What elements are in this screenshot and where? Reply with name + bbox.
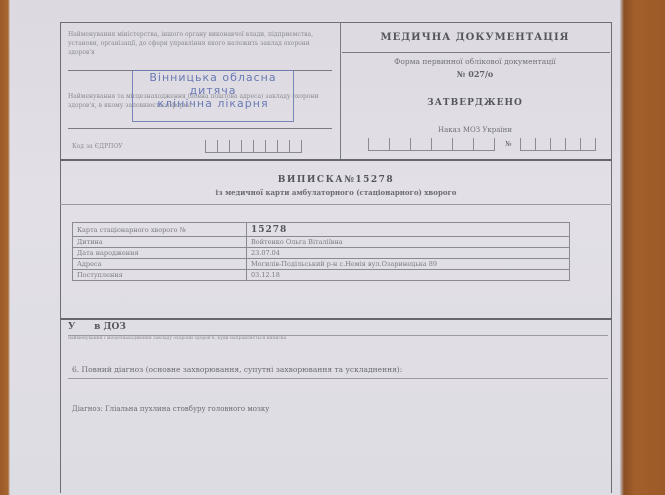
row-label: Адреса (73, 259, 247, 270)
row-label: Дата народження (73, 248, 247, 259)
order-label: Наказ МОЗ України (340, 126, 610, 134)
order-date-boxes (368, 138, 495, 151)
row-label: Карта стаціонарного хворого № (73, 223, 247, 237)
edrpou-boxes (205, 140, 302, 153)
row-label: Поступлення (73, 270, 247, 281)
approved-label: ЗАТВЕРДЖЕНО (340, 98, 610, 108)
section-top-line (60, 318, 612, 320)
ministry-caption: Найменування міністерства, іншого органу… (68, 30, 330, 57)
stamp-line-3: клінічна лікарня (133, 97, 293, 110)
table-row: Карта стаціонарного хворого № 15278 (73, 223, 570, 237)
hospital-stamp: Вінницька обласна дитяча клінічна лікарн… (132, 70, 294, 122)
extract-heading: ВИПИСКА№15278 (60, 175, 612, 185)
row-value: Могилів-Подільський р-н с.Немія вул.Озар… (247, 259, 570, 270)
table-row: Дитина Войтенко Ольга Віталіївна (73, 237, 570, 248)
table-row: Поступлення 03.12.18 (73, 270, 570, 281)
extract-subheading: із медичної карти амбулаторного (стаціон… (60, 188, 612, 197)
recipient-caption: найменування і місцезнаходження закладу … (68, 336, 286, 341)
diagnosis-text: Діагноз: Гліальна пухлина стовбуру голов… (72, 405, 269, 413)
row-value: 23.07.04 (247, 248, 570, 259)
med-doc-title: МЕДИЧНА ДОКУМЕНТАЦІЯ (340, 32, 610, 43)
wooden-surface (620, 0, 665, 495)
header-bottom-line (60, 159, 612, 161)
recipient-line: У в ДОЗ (68, 322, 126, 332)
edrpou-label: Код за ЄДРПОУ (72, 142, 123, 151)
form-caption: Форма первинної облікової документації (340, 57, 610, 66)
stamp-line-1: Вінницька обласна (133, 71, 293, 84)
table-row: Дата народження 23.07.04 (73, 248, 570, 259)
diagnosis-heading-line (68, 378, 608, 379)
row-value: 03.12.18 (247, 270, 570, 281)
form-number: № 027/о (340, 69, 610, 79)
row-value: Войтенко Ольга Віталіївна (247, 237, 570, 248)
stamp-line-2: дитяча (133, 84, 293, 97)
order-number-sign: № (505, 140, 512, 148)
order-number-boxes (520, 138, 596, 151)
patient-info-table: Карта стаціонарного хворого № 15278 Дити… (72, 222, 570, 281)
diagnosis-heading: 6. Повний діагноз (основне захворювання,… (72, 365, 402, 374)
title-bottom-line (60, 204, 612, 205)
title-underline (342, 52, 610, 53)
row-label: Дитина (73, 237, 247, 248)
facility-line (68, 128, 332, 129)
table-row: Адреса Могилів-Подільський р-н с.Немія в… (73, 259, 570, 270)
row-value: 15278 (247, 223, 570, 237)
